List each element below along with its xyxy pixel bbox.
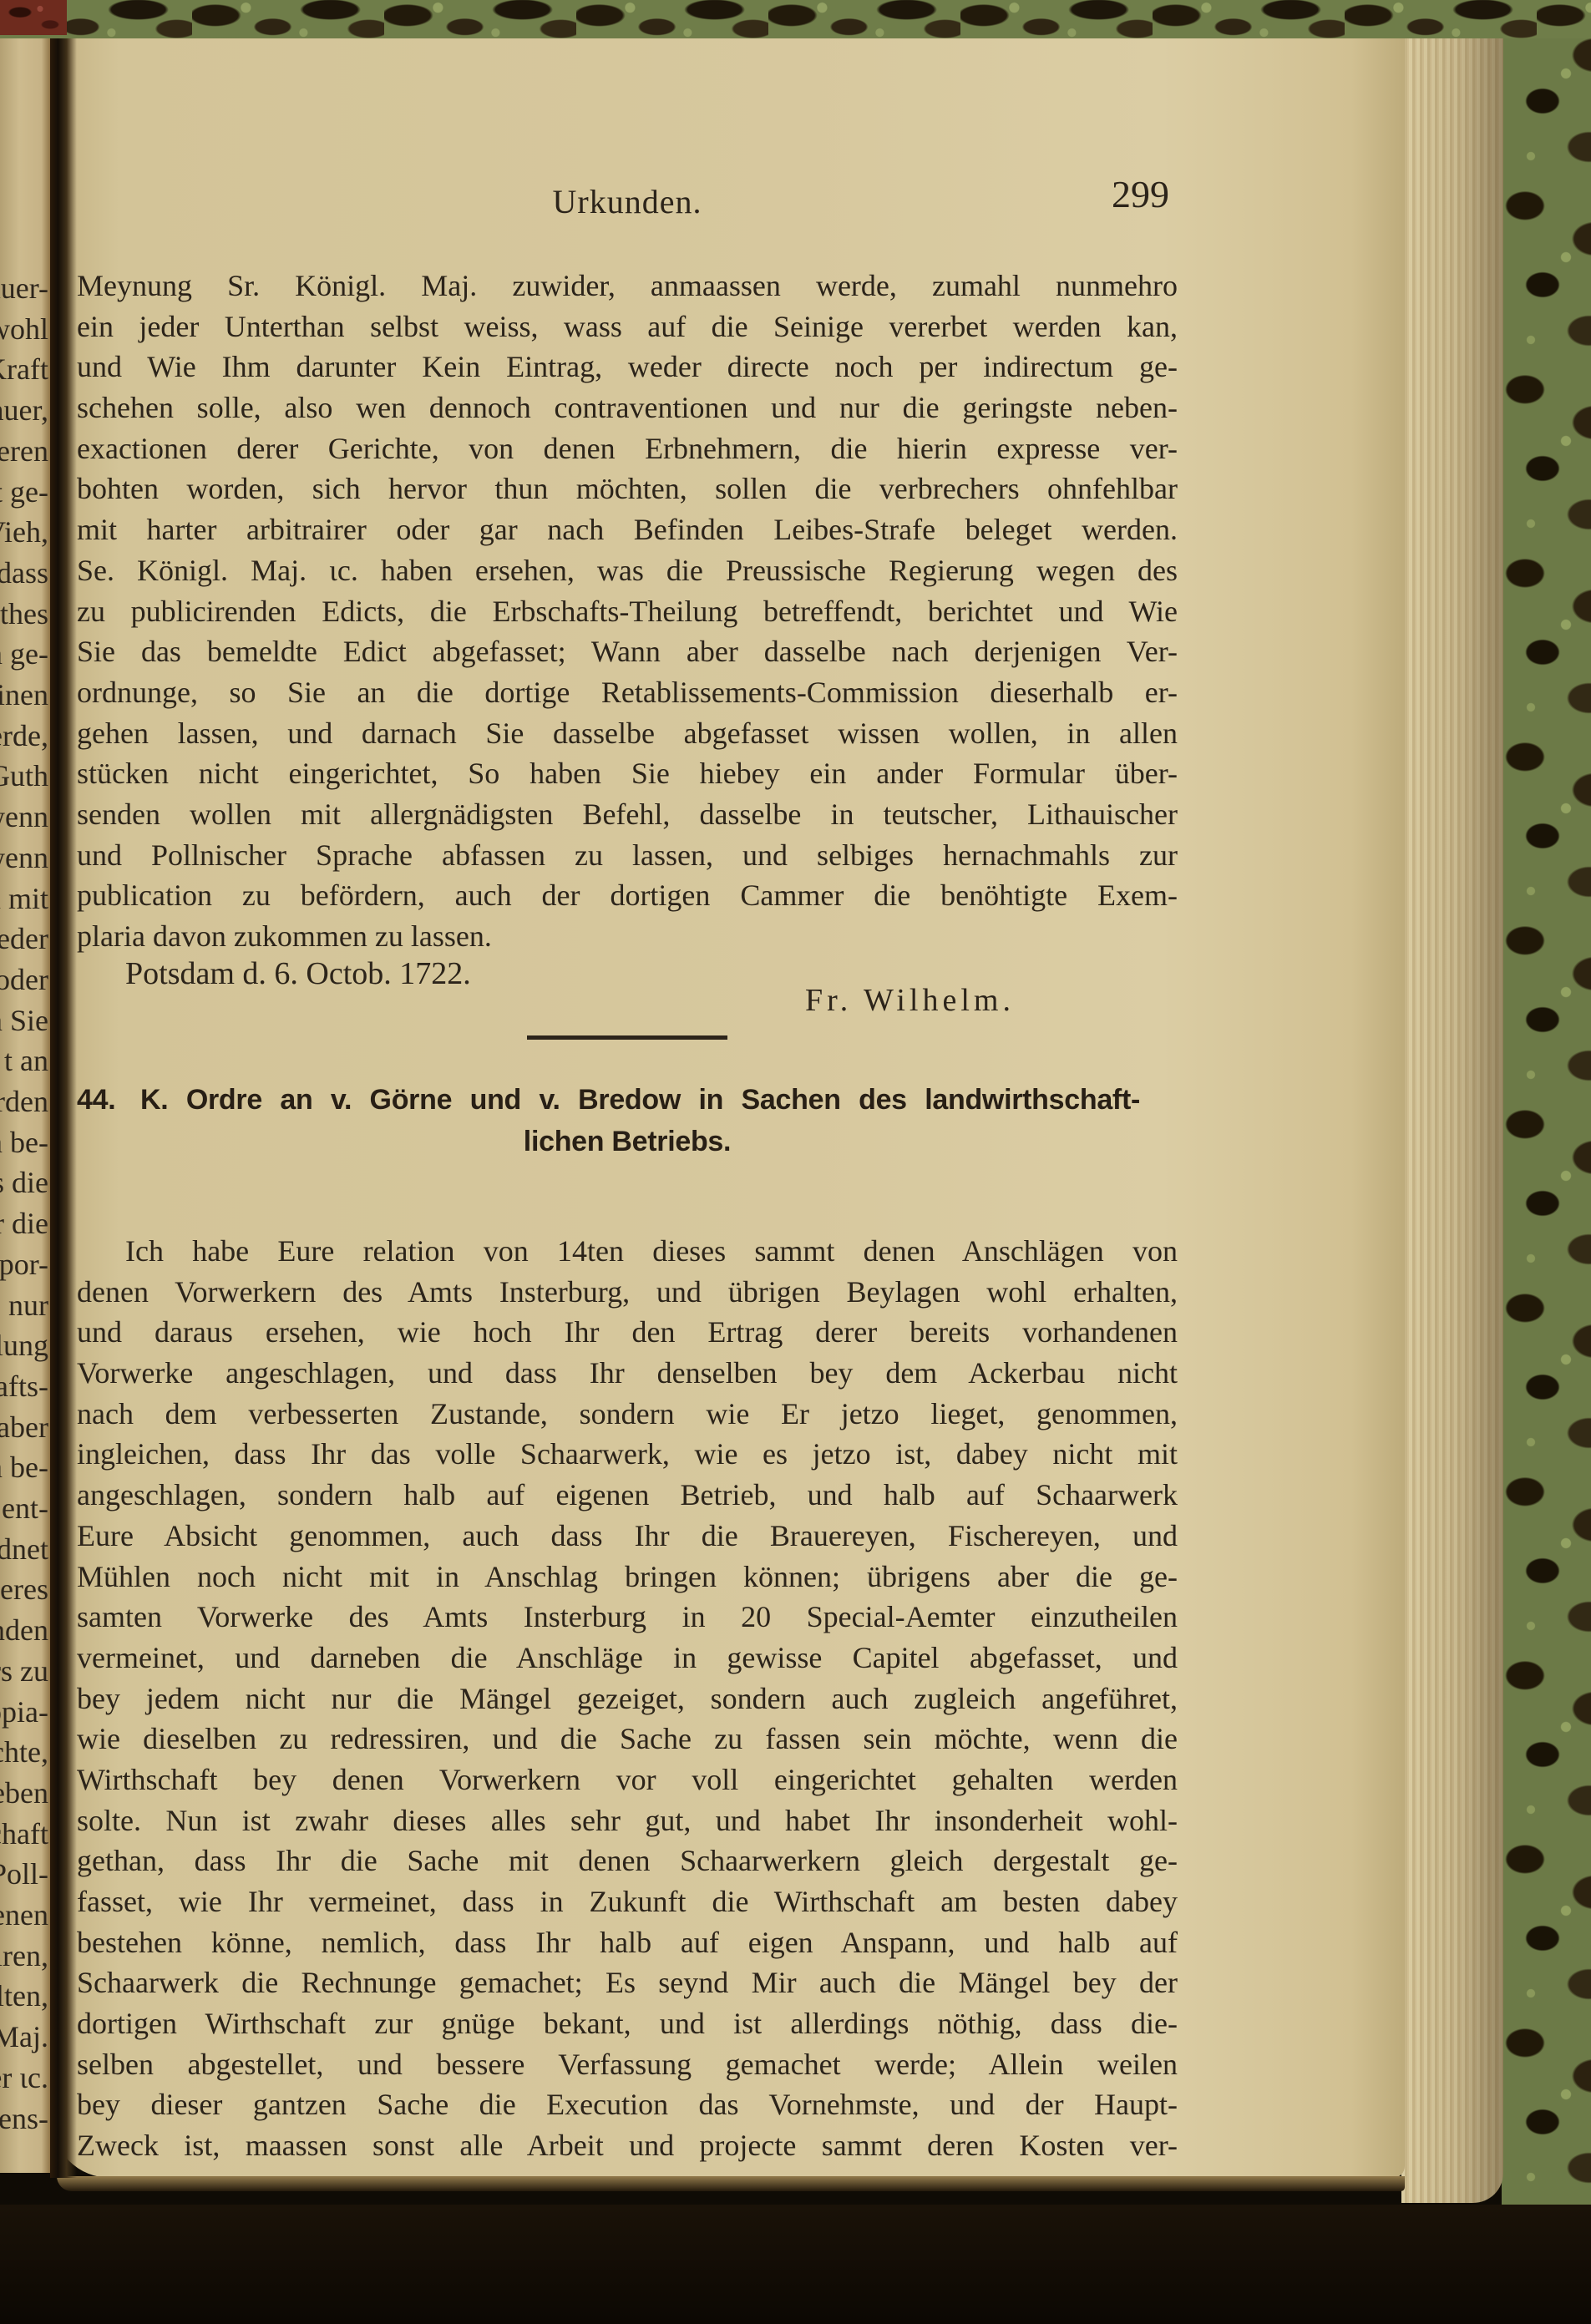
facing-page-text-fragment: opia- xyxy=(0,1697,48,1727)
text-line: ordnunge, so Sie an die dortige Retablis… xyxy=(77,672,1178,713)
text-line: selben abgestellet, und bessere Verfassu… xyxy=(77,2044,1178,2085)
facing-page-text-fragment: s die xyxy=(0,1167,48,1197)
facing-page-text-fragment: ent- xyxy=(2,1493,48,1523)
facing-page-text-fragment: dass xyxy=(0,558,48,588)
facing-page-text-fragment: t an xyxy=(4,1046,48,1076)
facing-page-text-fragment: Guth xyxy=(0,761,48,791)
text-line: Zweck ist, maassen sonst alle Arbeit und… xyxy=(77,2125,1178,2166)
text-line: stücken nicht eingerichtet, So haben Sie… xyxy=(77,753,1178,794)
text-line: ingleichen, dass Ihr das volle Schaarwer… xyxy=(77,1434,1178,1475)
text-line: Ich habe Eure relation von 14ten dieses … xyxy=(77,1231,1178,1272)
facing-page-text-fragment: auer, xyxy=(0,395,48,425)
text-line: publication zu befördern, auch der dorti… xyxy=(77,875,1178,916)
text-line: samten Vorwerke des Amts Insterburg in 2… xyxy=(77,1597,1178,1638)
text-line: gethan, dass Ihr die Sache mit denen Sch… xyxy=(77,1840,1178,1881)
facing-page-text-fragment: n be- xyxy=(0,1452,48,1482)
facing-page-text-fragment: Maj. xyxy=(0,2022,48,2052)
facing-page-text-fragment: Vieh, xyxy=(0,517,48,547)
facing-page-text-fragment: afts- xyxy=(0,1371,48,1401)
document2-heading: 44. K. Ordre an v. Görne und v. Bredow i… xyxy=(77,1079,1178,1162)
text-line: plaria davon zukommen zu lassen. xyxy=(77,916,1178,957)
facing-page-text-fragment: Poll- xyxy=(0,1859,48,1889)
facing-page-text-fragment: wohl xyxy=(0,314,48,344)
facing-page-text-fragment: iren, xyxy=(0,1941,48,1971)
text-line: Eure Absicht genommen, auch dass Ihr die… xyxy=(77,1516,1178,1557)
facing-page-text-fragment: t ge- xyxy=(0,477,48,507)
text-line: vermeinet, und darneben die Anschläge in… xyxy=(77,1638,1178,1678)
facing-page-text-fragment: Kraft xyxy=(0,354,48,384)
document1-signature: Fr. Wilhelm. xyxy=(805,980,1015,1020)
text-column: Urkunden. 299 Meynung Sr. Königl. Maj. z… xyxy=(77,38,1178,2178)
text-line: bohten worden, sich hervor thun möchten,… xyxy=(77,468,1178,509)
facing-page-text-fragment: n mit xyxy=(0,884,48,914)
facing-page-text-fragment: enen xyxy=(0,1900,48,1930)
text-line: dortigen Wirthschaft zur gnüge bekant, u… xyxy=(77,2003,1178,2044)
facing-page-text-fragment: oder xyxy=(0,965,48,995)
text-line: Vorwerke angeschlagen, und dass Ihr dens… xyxy=(77,1353,1178,1394)
facing-page-text-fragment: äuer- xyxy=(0,273,48,303)
document2-body: Ich habe Eure relation von 14ten dieses … xyxy=(77,1231,1178,2166)
text-line: Schaarwerk die Rechnunge gemachet; Es se… xyxy=(77,1962,1178,2003)
document2-number: 44. xyxy=(77,1079,140,1121)
text-line: bey jedem nicht nur die Mängel gezeiget,… xyxy=(77,1678,1178,1719)
facing-page-text-fragment: rdnet xyxy=(0,1534,48,1564)
facing-page-text-fragment: nden xyxy=(0,1615,48,1645)
facing-page-text-fragment: n be- xyxy=(0,1127,48,1157)
facing-page-text-fragment: rs zu xyxy=(0,1656,48,1686)
facing-page-text-fragment: chte, xyxy=(0,1737,48,1767)
book-scan: { "colors":{ "page_bg":"#d6c79e", "ink":… xyxy=(0,0,1591,2324)
text-line: und daraus ersehen, wie hoch Ihr den Ert… xyxy=(77,1312,1178,1353)
facing-page-text-fragment: erden xyxy=(0,1086,48,1116)
gutter-shadow xyxy=(50,38,77,2178)
book-bottom-shadow xyxy=(0,2205,1591,2324)
book-cover-right-strip xyxy=(1502,0,1591,2256)
page-edge-stack xyxy=(1401,38,1503,2203)
document2-heading-line1: 44. K. Ordre an v. Görne und v. Bredow i… xyxy=(77,1079,1178,1121)
facing-page-strip: äuer-wohlKraftauer,derent ge-Vieh,dassut… xyxy=(0,38,52,2173)
facing-page-text-fragment: nur xyxy=(8,1290,48,1320)
facing-page-text-fragment: wenn xyxy=(0,843,48,873)
text-line: fasset, wie Ihr vermeinet, dass in Zukun… xyxy=(77,1881,1178,1922)
text-line: Se. Königl. Maj. ɩc. haben ersehen, was … xyxy=(77,550,1178,591)
facing-page-text-fragment: n ge- xyxy=(0,639,48,669)
text-line: denen Vorwerkern des Amts Insterburg, un… xyxy=(77,1272,1178,1313)
facing-page-text-fragment: eben xyxy=(0,1778,48,1808)
facing-page-text-fragment: aber xyxy=(0,1412,48,1442)
text-line: Sie das bemeldte Edict abgefasset; Wann … xyxy=(77,631,1178,672)
document2-title-part1: K. Ordre an v. Görne und v. Bredow in Sa… xyxy=(140,1079,1140,1121)
text-line: und Pollnischer Sprache abfassen zu lass… xyxy=(77,835,1178,876)
text-line: Wirthschaft bey denen Vorwerkern vor vol… xyxy=(77,1759,1178,1800)
document2-title-part2: lichen Betriebs. xyxy=(77,1121,1178,1162)
text-line: senden wollen mit allergnädigsten Befehl… xyxy=(77,794,1178,835)
text-line: solte. Nun ist zwahr dieses alles sehr g… xyxy=(77,1800,1178,1841)
text-line: und Wie Ihm darunter Kein Eintrag, weder… xyxy=(77,347,1178,387)
section-divider xyxy=(527,1035,727,1040)
text-line: bey dieser gantzen Sache die Execution d… xyxy=(77,2084,1178,2125)
document1-body: Meynung Sr. Königl. Maj. zuwider, anmaas… xyxy=(77,266,1178,957)
facing-page-text-fragment: spor- xyxy=(0,1249,48,1279)
facing-page-text-fragment: or die xyxy=(0,1208,48,1238)
text-line: zu publicirenden Edicts, die Erbschafts-… xyxy=(77,591,1178,632)
facing-page-text-fragment: erde, xyxy=(0,721,48,751)
facing-page-text-fragment: lens- xyxy=(0,2104,48,2134)
text-line: nach dem verbesserten Zustande, sondern … xyxy=(77,1394,1178,1435)
book-cover-top-strip xyxy=(0,0,1591,38)
text-line: gehen lassen, und darnach Sie dasselbe a… xyxy=(77,713,1178,754)
facing-page-text-fragment: ilung xyxy=(0,1330,48,1360)
text-line: mit harter arbitrairer oder gar nach Bef… xyxy=(77,509,1178,550)
page-number: 299 xyxy=(1112,172,1169,216)
text-line: ein jeder Unterthan selbst weiss, wass a… xyxy=(77,306,1178,347)
facing-page-text-fragment: wenn xyxy=(0,802,48,832)
facing-page-text-fragment: er ɩc. xyxy=(0,2063,48,2093)
text-line: exactionen derer Gerichte, von denen Erb… xyxy=(77,428,1178,469)
facing-page-text-fragment: reres xyxy=(0,1574,48,1604)
facing-page-text-fragment: lten, xyxy=(0,1981,48,2011)
book-page: Urkunden. 299 Meynung Sr. Königl. Maj. z… xyxy=(52,38,1405,2178)
text-line: Meynung Sr. Königl. Maj. zuwider, anmaas… xyxy=(77,266,1178,306)
text-line: schehen solle, also wen dennoch contrave… xyxy=(77,387,1178,428)
facing-page-text-fragment: deren xyxy=(0,436,48,466)
text-line: Mühlen noch nicht mit in Anschlag bringe… xyxy=(77,1557,1178,1597)
text-line: wie dieselben zu redressiren, und die Sa… xyxy=(77,1719,1178,1759)
running-header: Urkunden. xyxy=(77,182,1178,221)
text-line: angeschlagen, sondern halb auf eigenen B… xyxy=(77,1475,1178,1516)
facing-page-text-fragment: uthes xyxy=(0,599,48,629)
book-spine-corner xyxy=(0,0,67,35)
facing-page-text-fragment: einen xyxy=(0,680,48,710)
text-line: bestehen könne, nemlich, dass Ihr halb a… xyxy=(77,1922,1178,1963)
facing-page-text-fragment: n Sie xyxy=(0,1005,48,1035)
facing-page-text-fragment: ieder xyxy=(0,924,48,954)
document1-dateline: Potsdam d. 6. Octob. 1722. xyxy=(125,954,471,994)
facing-page-text-fragment: chaft xyxy=(0,1819,48,1849)
